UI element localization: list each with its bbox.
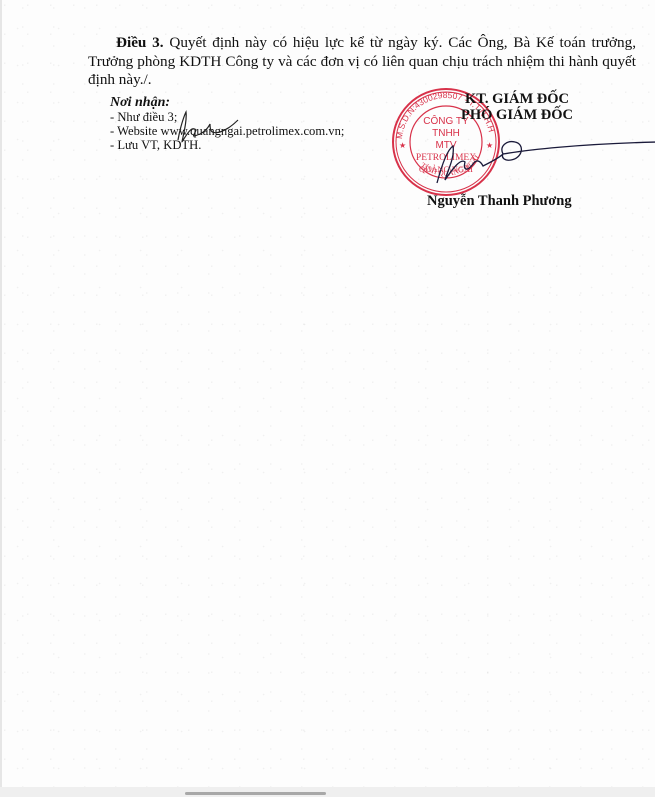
svg-text:★: ★ <box>399 141 406 150</box>
initials-signature-icon <box>170 108 240 148</box>
signature-title-line1: KT. GIÁM ĐỐC <box>432 91 602 107</box>
signature-title-line2: PHÓ GIÁM ĐỐC <box>432 107 602 123</box>
signer-name: Nguyễn Thanh Phương <box>427 193 572 210</box>
handwritten-signature-icon <box>407 128 655 188</box>
article-3-paragraph: Điều 3. Quyết định này có hiệu lực kể từ… <box>88 34 636 90</box>
article-text: Quyết định này có hiệu lực kể từ ngày ký… <box>88 34 636 88</box>
horizontal-scrollbar[interactable] <box>0 787 655 797</box>
document-page: Điều 3. Quyết định này có hiệu lực kể từ… <box>0 0 655 787</box>
signature-title-block: KT. GIÁM ĐỐC PHÓ GIÁM ĐỐC <box>432 91 602 123</box>
article-label: Điều 3. <box>116 34 164 51</box>
scrollbar-thumb[interactable] <box>185 792 326 795</box>
